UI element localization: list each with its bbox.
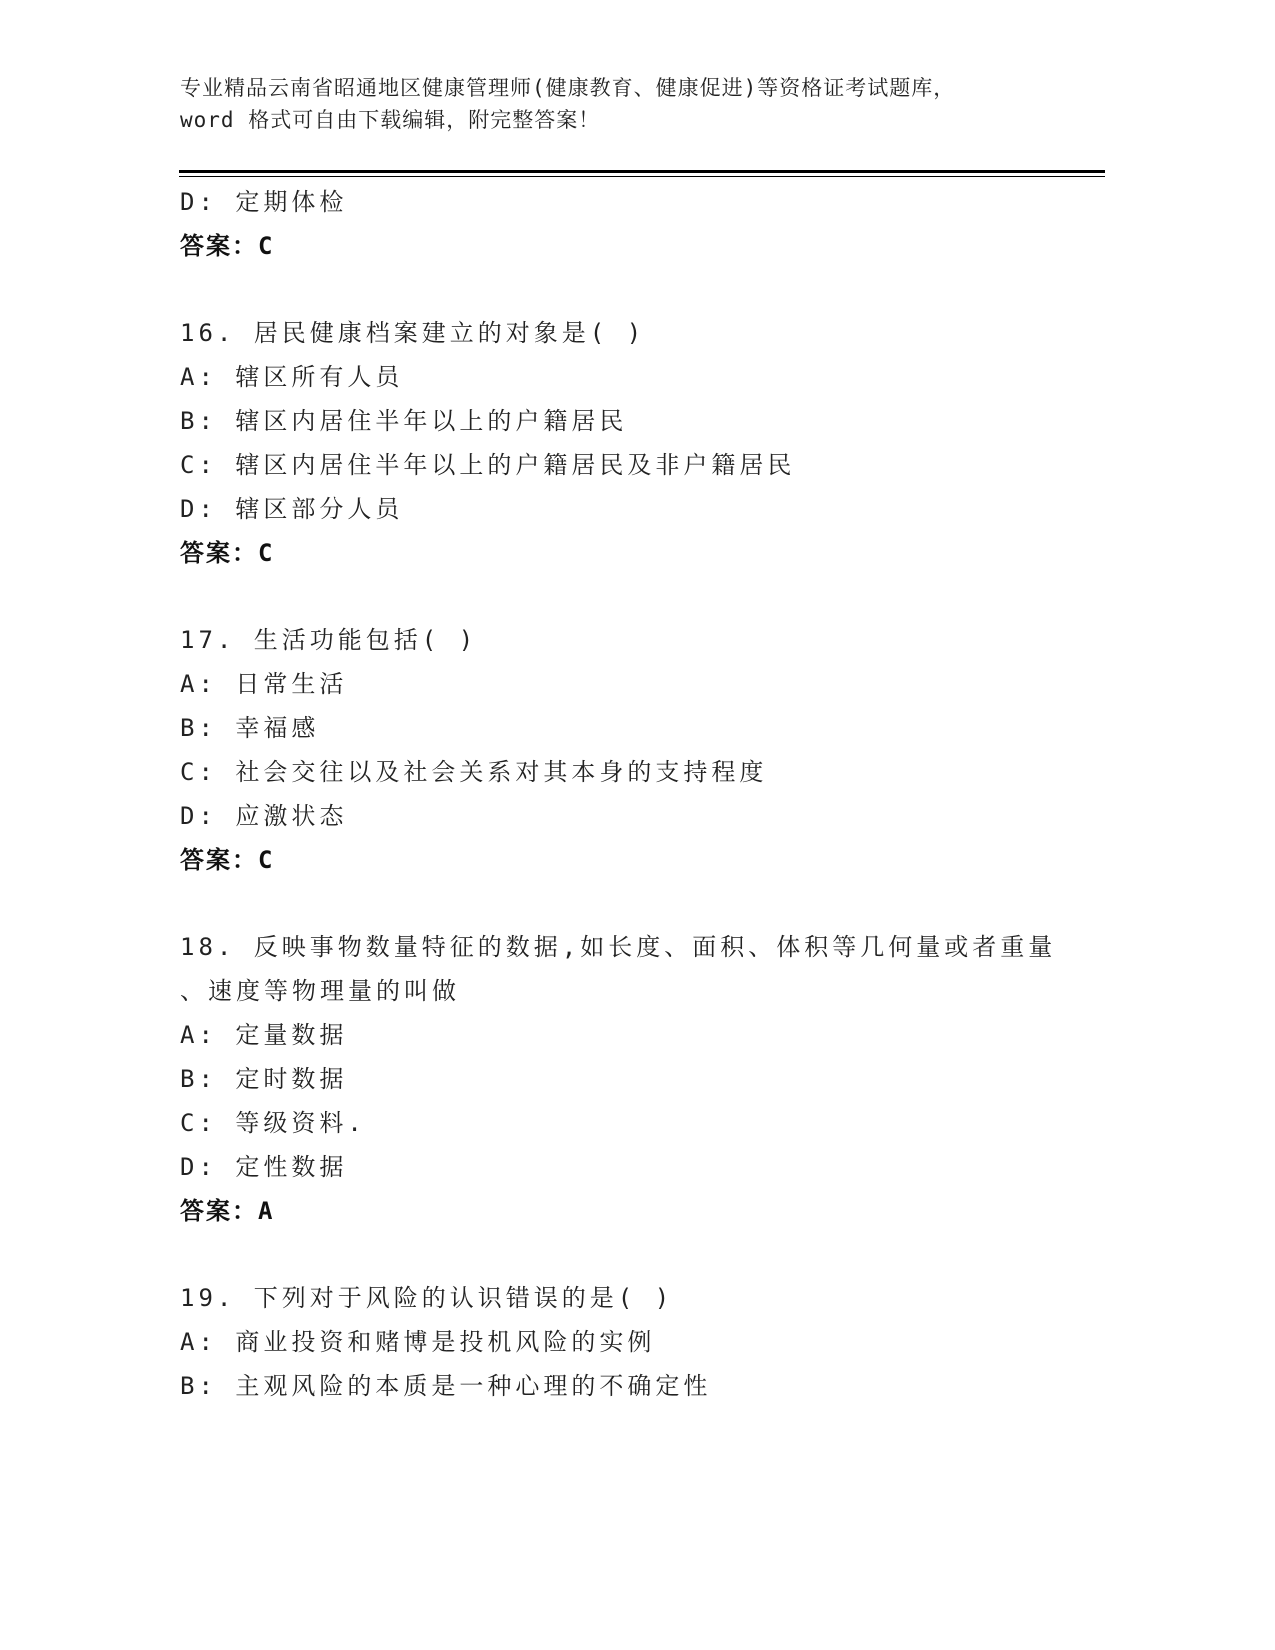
option-b: B: 定时数据 (180, 1057, 1080, 1101)
option-b: B: 幸福感 (180, 706, 1080, 750)
question-stem: 17. 生活功能包括( ) (180, 618, 1080, 662)
option-d: D: 定性数据 (180, 1145, 1080, 1189)
question-19: 19. 下列对于风险的认识错误的是( ) A: 商业投资和赌博是投机风险的实例 … (180, 1276, 1080, 1408)
option-d: D: 应激状态 (180, 794, 1080, 838)
question-stem-line-1: 18. 反映事物数量特征的数据,如长度、面积、体积等几何量或者重量 (180, 925, 1080, 969)
header-divider-thick (179, 170, 1105, 173)
option-c: C: 等级资料. (180, 1101, 1080, 1145)
answer-label: 答案：C (180, 224, 1080, 268)
option-d: D: 定期体检 (180, 180, 1080, 224)
option-d: D: 辖区部分人员 (180, 487, 1080, 531)
question-15-fragment: D: 定期体检 答案：C (180, 180, 1080, 268)
question-16: 16. 居民健康档案建立的对象是( ) A: 辖区所有人员 B: 辖区内居住半年… (180, 311, 1080, 575)
option-a: A: 日常生活 (180, 662, 1080, 706)
question-stem: 19. 下列对于风险的认识错误的是( ) (180, 1276, 1080, 1320)
option-c: C: 社会交往以及社会关系对其本身的支持程度 (180, 750, 1080, 794)
question-stem-line-2: 、速度等物理量的叫做 (180, 969, 1080, 1013)
question-stem: 16. 居民健康档案建立的对象是( ) (180, 311, 1080, 355)
option-c: C: 辖区内居住半年以上的户籍居民及非户籍居民 (180, 443, 1080, 487)
option-b: B: 主观风险的本质是一种心理的不确定性 (180, 1364, 1080, 1408)
document-page: 专业精品云南省昭通地区健康管理师(健康教育、健康促进)等资格证考试题库， wor… (0, 0, 1275, 1650)
answer-label: 答案：A (180, 1189, 1080, 1233)
question-17: 17. 生活功能包括( ) A: 日常生活 B: 幸福感 C: 社会交往以及社会… (180, 618, 1080, 882)
option-b: B: 辖区内居住半年以上的户籍居民 (180, 399, 1080, 443)
answer-label: 答案：C (180, 838, 1080, 882)
answer-label: 答案：C (180, 531, 1080, 575)
header-title-line-2: word 格式可自由下载编辑，附完整答案！ (180, 104, 1110, 136)
header-title-line-1: 专业精品云南省昭通地区健康管理师(健康教育、健康促进)等资格证考试题库， (180, 72, 1110, 104)
document-body: D: 定期体检 答案：C 16. 居民健康档案建立的对象是( ) A: 辖区所有… (180, 180, 1080, 1408)
header-divider-thin (179, 176, 1105, 177)
document-header: 专业精品云南省昭通地区健康管理师(健康教育、健康促进)等资格证考试题库， wor… (180, 72, 1110, 136)
question-18: 18. 反映事物数量特征的数据,如长度、面积、体积等几何量或者重量 、速度等物理… (180, 925, 1080, 1233)
option-a: A: 定量数据 (180, 1013, 1080, 1057)
option-a: A: 商业投资和赌博是投机风险的实例 (180, 1320, 1080, 1364)
option-a: A: 辖区所有人员 (180, 355, 1080, 399)
